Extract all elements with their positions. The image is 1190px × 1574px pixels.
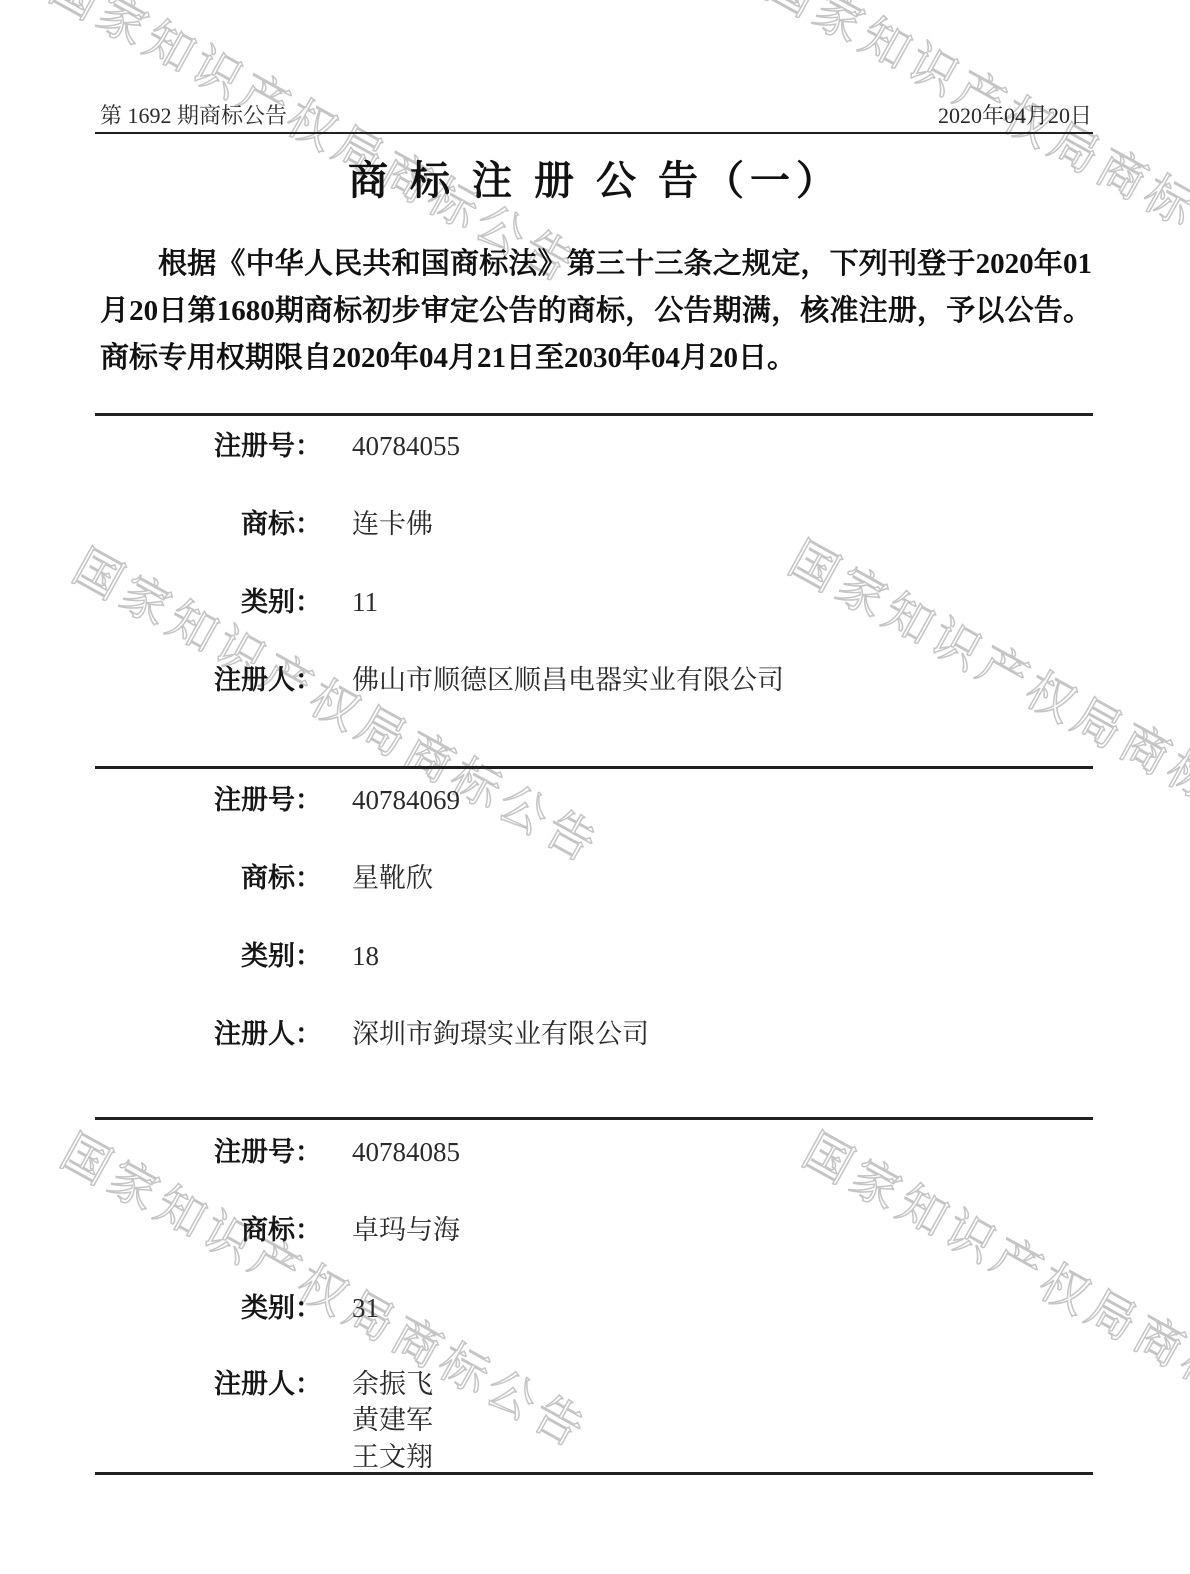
registrant-value: 佛山市顺德区顺昌电器实业有限公司 [352,666,1072,694]
record-divider [95,413,1093,416]
trademark-label: 商标： [100,1216,322,1244]
header-divider [95,132,1093,134]
reg-no-value: 40784069 [352,786,1072,814]
record-divider [95,1472,1093,1475]
registrant-value: 黄建军 [352,1406,1072,1434]
page-title: 商 标 注 册 公 告（一） [0,149,1190,206]
category-value: 31 [352,1294,1072,1322]
publication-date: 2020年04月20日 [938,99,1092,130]
reg-no-label: 注册号： [100,786,322,814]
trademark-value: 卓玛与海 [352,1216,1072,1244]
trademark-value: 星靴欣 [352,864,1072,892]
category-value: 18 [352,942,1072,970]
registrant-label: 注册人： [100,1020,322,1048]
category-value: 11 [352,588,1072,616]
registrant-label: 注册人： [100,666,322,694]
registrant-value: 深圳市鉤璟实业有限公司 [352,1020,1072,1048]
trademark-label: 商标： [100,864,322,892]
registrant-label: 注册人： [100,1370,322,1398]
category-label: 类别： [100,588,322,616]
record-divider [95,1117,1093,1120]
reg-no-label: 注册号： [100,432,322,460]
reg-no-value: 40784085 [352,1138,1072,1166]
category-label: 类别： [100,1294,322,1322]
category-label: 类别： [100,942,322,970]
issue-number: 第 1692 期商标公告 [100,99,287,130]
document-page: 国家知识产权局商标公告 国家知识产权局商标公告 国家知识产权局商标公告 国家知识… [0,0,1190,1574]
document-content: 第 1692 期商标公告 2020年04月20日 商 标 注 册 公 告（一） … [0,0,1190,1574]
trademark-label: 商标： [100,510,322,538]
record-divider [95,766,1093,769]
intro-paragraph: 根据《中华人民共和国商标法》第三十三条之规定，下列刊登于2020年01月20日第… [100,241,1092,382]
registrant-value: 余振飞 [352,1370,1072,1398]
trademark-value: 连卡佛 [352,510,1072,538]
reg-no-value: 40784055 [352,432,1072,460]
registrant-value: 王文翔 [352,1443,1072,1471]
reg-no-label: 注册号： [100,1138,322,1166]
